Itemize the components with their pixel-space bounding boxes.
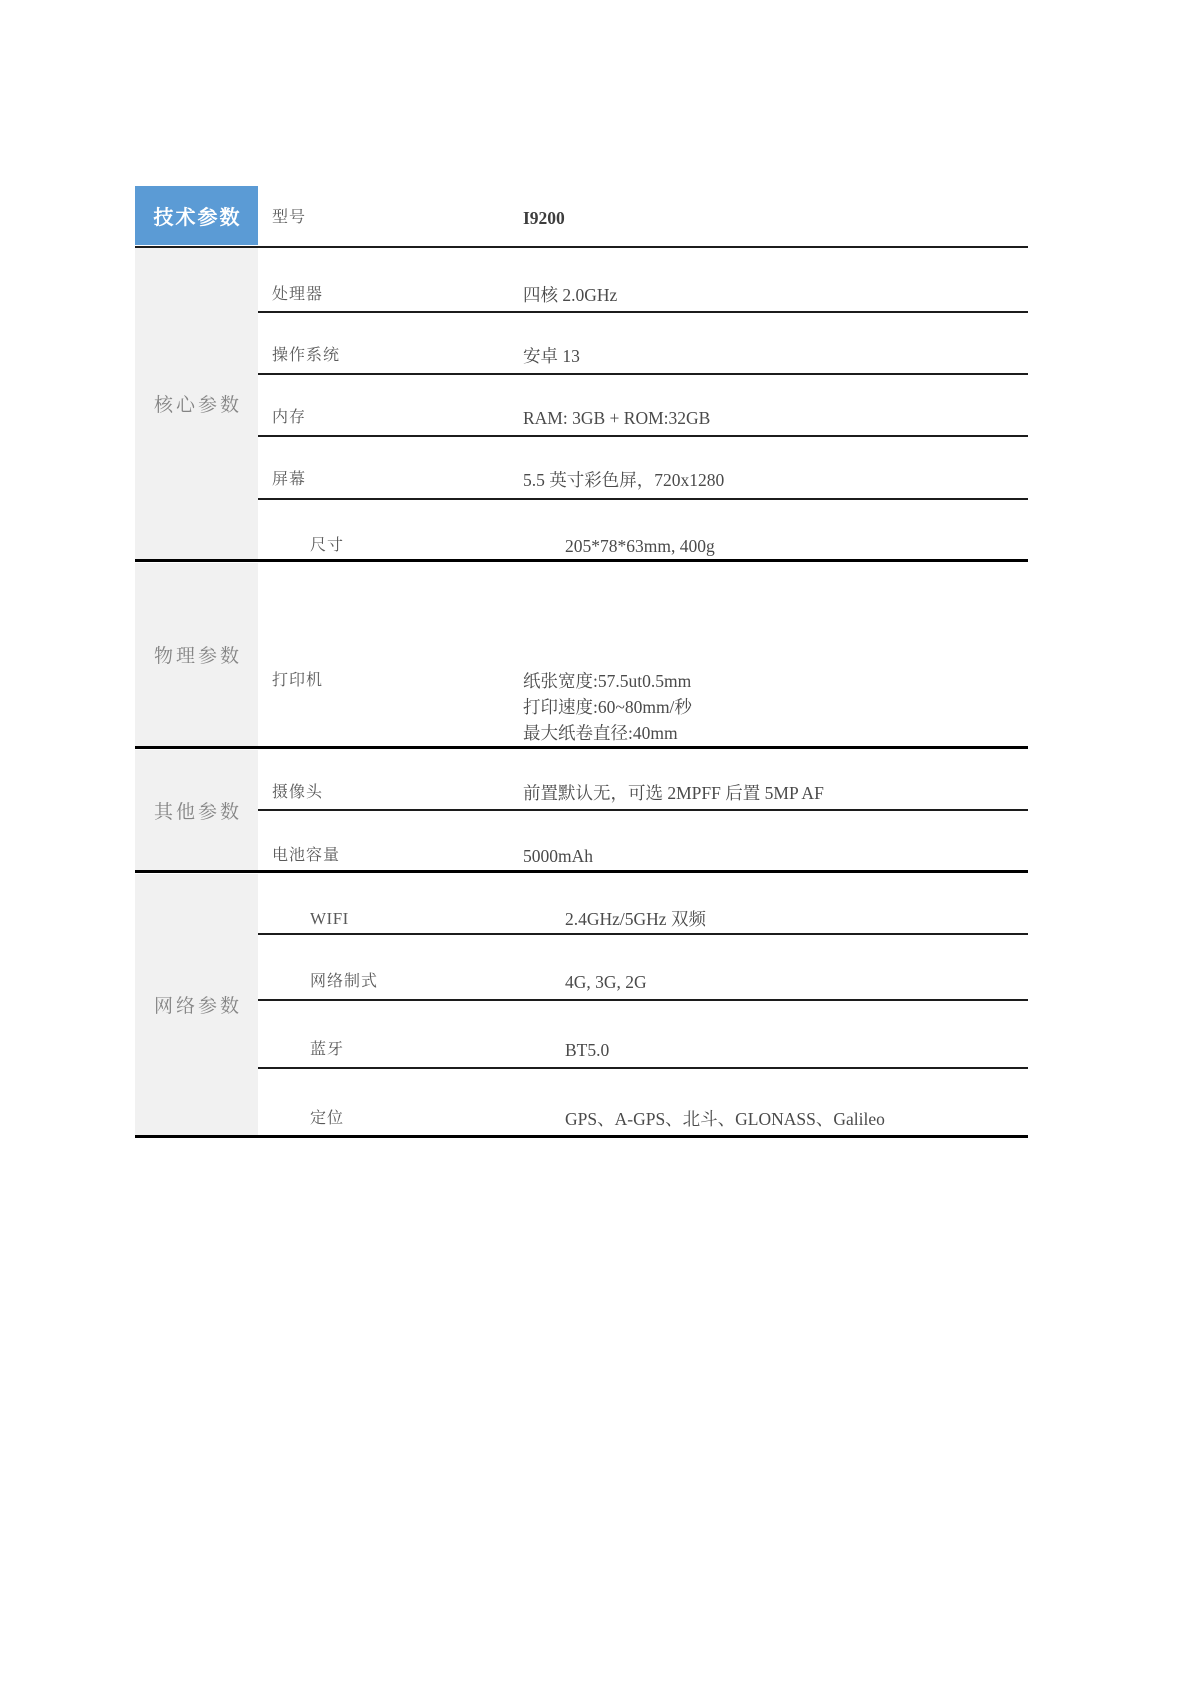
row-label: 摄像头 (272, 780, 323, 806)
row-divider (258, 809, 1028, 811)
row-label: 尺寸 (310, 533, 344, 559)
row-divider (258, 435, 1028, 437)
row-value: RAM: 3GB + ROM:32GB (523, 405, 710, 431)
row-label: 网络制式 (310, 969, 378, 995)
row-value: 四核 2.0GHz (523, 282, 617, 308)
row-divider (258, 1067, 1028, 1069)
section-divider (135, 870, 1028, 873)
section-cell-network: 网络参数 (135, 874, 258, 1135)
spec-sheet-page: 技术参数 核心参数 物理参数 其他参数 网络参数 型号 I9200 处理器 四核… (0, 0, 1190, 1683)
table-header-cell: 技术参数 (135, 186, 258, 245)
row-divider (258, 311, 1028, 313)
section-divider (135, 559, 1028, 562)
section-label: 网络参数 (151, 991, 242, 1018)
row-value-line: 纸张宽度:57.5ut0.5mm (523, 668, 692, 694)
row-label: 电池容量 (272, 843, 340, 869)
row-label: WIFI (310, 906, 349, 932)
row-value: 205*78*63mm, 400g (565, 533, 715, 559)
row-label: 操作系统 (272, 343, 340, 369)
row-divider (135, 246, 1028, 248)
row-divider (258, 498, 1028, 500)
row-divider (258, 373, 1028, 375)
row-value: I9200 (523, 205, 565, 231)
row-divider (258, 933, 1028, 935)
row-value: 4G, 3G, 2G (565, 969, 647, 995)
row-value-line: 打印速度:60~80mm/秒 (523, 694, 692, 720)
page-title: 技术参数 (152, 201, 242, 230)
row-label: 处理器 (272, 282, 323, 308)
section-label: 核心参数 (151, 390, 242, 417)
table-bottom-border (135, 1135, 1028, 1138)
row-value: 纸张宽度:57.5ut0.5mm 打印速度:60~80mm/秒 最大纸卷直径:4… (523, 668, 692, 746)
row-value: 5.5 英寸彩色屏，720x1280 (523, 467, 724, 493)
section-cell-core: 核心参数 (135, 247, 258, 559)
row-value: 安卓 13 (523, 343, 580, 369)
section-label: 其他参数 (151, 797, 242, 824)
row-value: 2.4GHz/5GHz 双频 (565, 906, 706, 932)
section-label: 物理参数 (151, 641, 242, 668)
row-divider (258, 999, 1028, 1001)
section-cell-physical: 物理参数 (135, 563, 258, 746)
row-value: GPS、A-GPS、北斗、GLONASS、Galileo (565, 1106, 885, 1132)
row-value: 5000mAh (523, 843, 593, 869)
row-label: 打印机 (272, 668, 323, 694)
row-label: 屏幕 (272, 467, 306, 493)
section-cell-other: 其他参数 (135, 750, 258, 870)
row-label: 定位 (310, 1106, 344, 1132)
row-value: 前置默认无，可选 2MPFF 后置 5MP AF (523, 780, 824, 806)
row-value-line: 最大纸卷直径:40mm (523, 720, 692, 746)
row-label: 型号 (272, 205, 306, 231)
row-label: 内存 (272, 405, 306, 431)
row-label: 蓝牙 (310, 1037, 344, 1063)
section-divider (135, 746, 1028, 749)
row-value: BT5.0 (565, 1037, 609, 1063)
